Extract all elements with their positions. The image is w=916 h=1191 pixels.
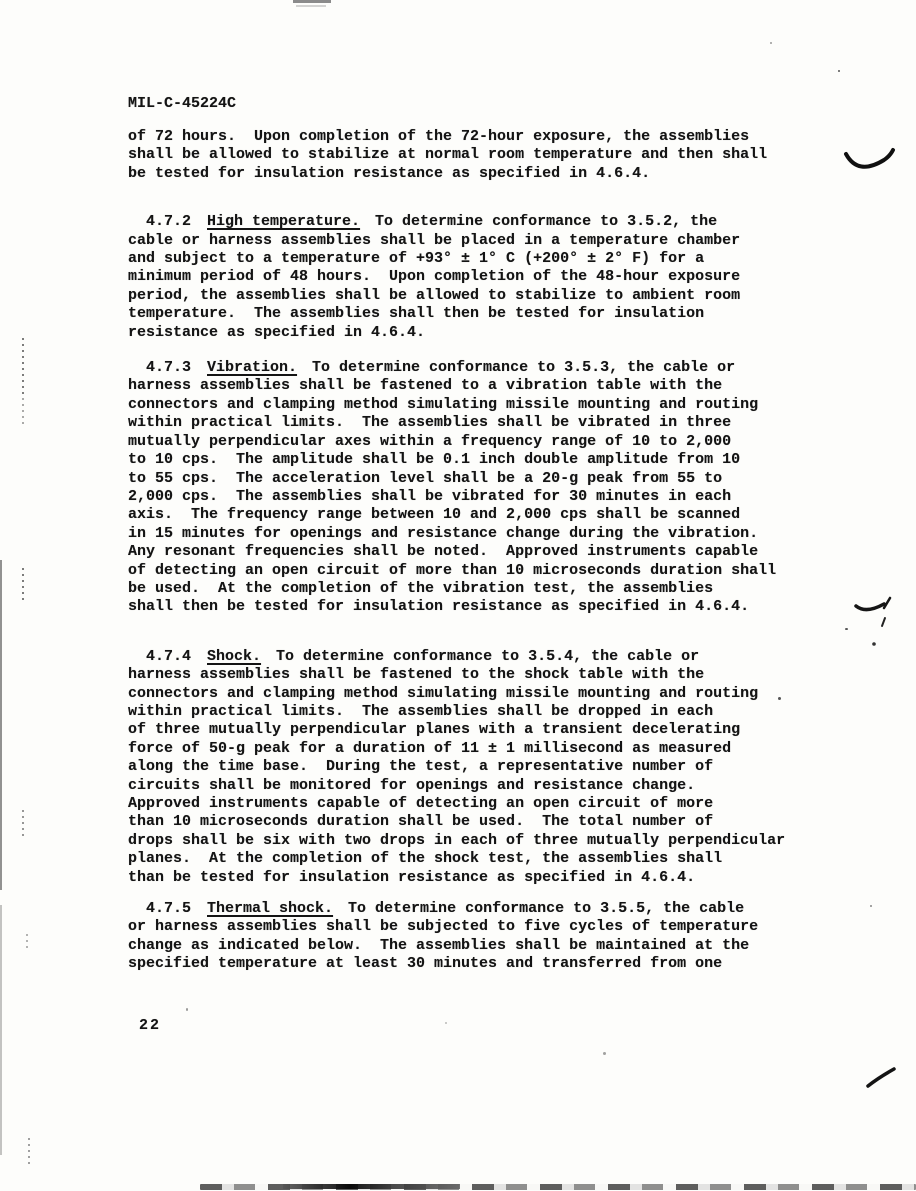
document-number: MIL-C-45224C (128, 95, 236, 113)
scan-artifact-dotted-line (28, 1138, 30, 1164)
scan-artifact-dotted-line (22, 566, 24, 600)
section-text: or harness assemblies shall be subjected… (128, 918, 838, 973)
section-first-line-text: To determine conformance to 3.5.3, the c… (312, 359, 735, 376)
section-text: harness assemblies shall be fastened to … (128, 666, 838, 887)
handwritten-check-mark-icon (852, 592, 904, 656)
section-title: Shock. (207, 648, 261, 665)
section-title: Thermal shock. (207, 900, 333, 917)
section-title: Vibration. (207, 359, 297, 376)
scan-artifact-dotted-line (22, 398, 24, 424)
paragraph-continuation: of 72 hours. Upon completion of the 72-h… (128, 128, 838, 183)
section-4-7-4: 4.7.4Shock.To determine conformance to 3… (128, 648, 838, 887)
section-title: High temperature. (207, 213, 360, 230)
section-first-line-text: To determine conformance to 3.5.5, the c… (348, 900, 744, 917)
handwritten-slash-mark-icon (862, 1056, 906, 1096)
scan-artifact-left-edge-line (0, 560, 2, 890)
scan-artifact-top-dash-faint (296, 5, 326, 7)
section-4-7-3: 4.7.3Vibration.To determine conformance … (128, 359, 838, 617)
section-first-line-text: To determine conformance to 3.5.4, the c… (276, 648, 699, 665)
scan-speck (770, 42, 772, 44)
scan-speck (845, 628, 848, 630)
paragraph-text: of 72 hours. Upon completion of the 72-h… (128, 128, 838, 183)
scan-speck (870, 905, 872, 907)
scan-speck (186, 1008, 188, 1011)
scanned-document-page: MIL-C-45224C of 72 hours. Upon completio… (0, 0, 916, 1191)
section-number: 4.7.2 (146, 213, 191, 230)
document-body: of 72 hours. Upon completion of the 72-h… (128, 128, 838, 974)
scan-artifact-top-dash (293, 0, 331, 3)
scan-speck (445, 1022, 447, 1024)
handwritten-check-mark-icon (840, 138, 904, 190)
scan-artifact-left-edge-line (0, 905, 2, 1155)
section-text: harness assemblies shall be fastened to … (128, 377, 838, 616)
section-first-line-text: To determine conformance to 3.5.2, the (375, 213, 717, 230)
section-text: cable or harness assemblies shall be pla… (128, 232, 838, 342)
scan-artifact-dotted-line (22, 806, 24, 836)
scan-speck (838, 70, 840, 72)
section-4-7-2: 4.7.2High temperature.To determine confo… (128, 213, 838, 342)
scan-artifact-bottom-strip (200, 1184, 916, 1190)
scan-artifact-bottom-strip-dark (283, 1184, 460, 1189)
section-number: 4.7.4 (146, 648, 191, 665)
section-number: 4.7.5 (146, 900, 191, 917)
scan-artifact-dotted-line (22, 338, 24, 394)
scan-speck (603, 1052, 606, 1055)
section-4-7-5: 4.7.5Thermal shock.To determine conforma… (128, 900, 838, 974)
page-number: 22 (139, 1017, 161, 1035)
section-number: 4.7.3 (146, 359, 191, 376)
scan-artifact-dotted-line (26, 930, 28, 948)
